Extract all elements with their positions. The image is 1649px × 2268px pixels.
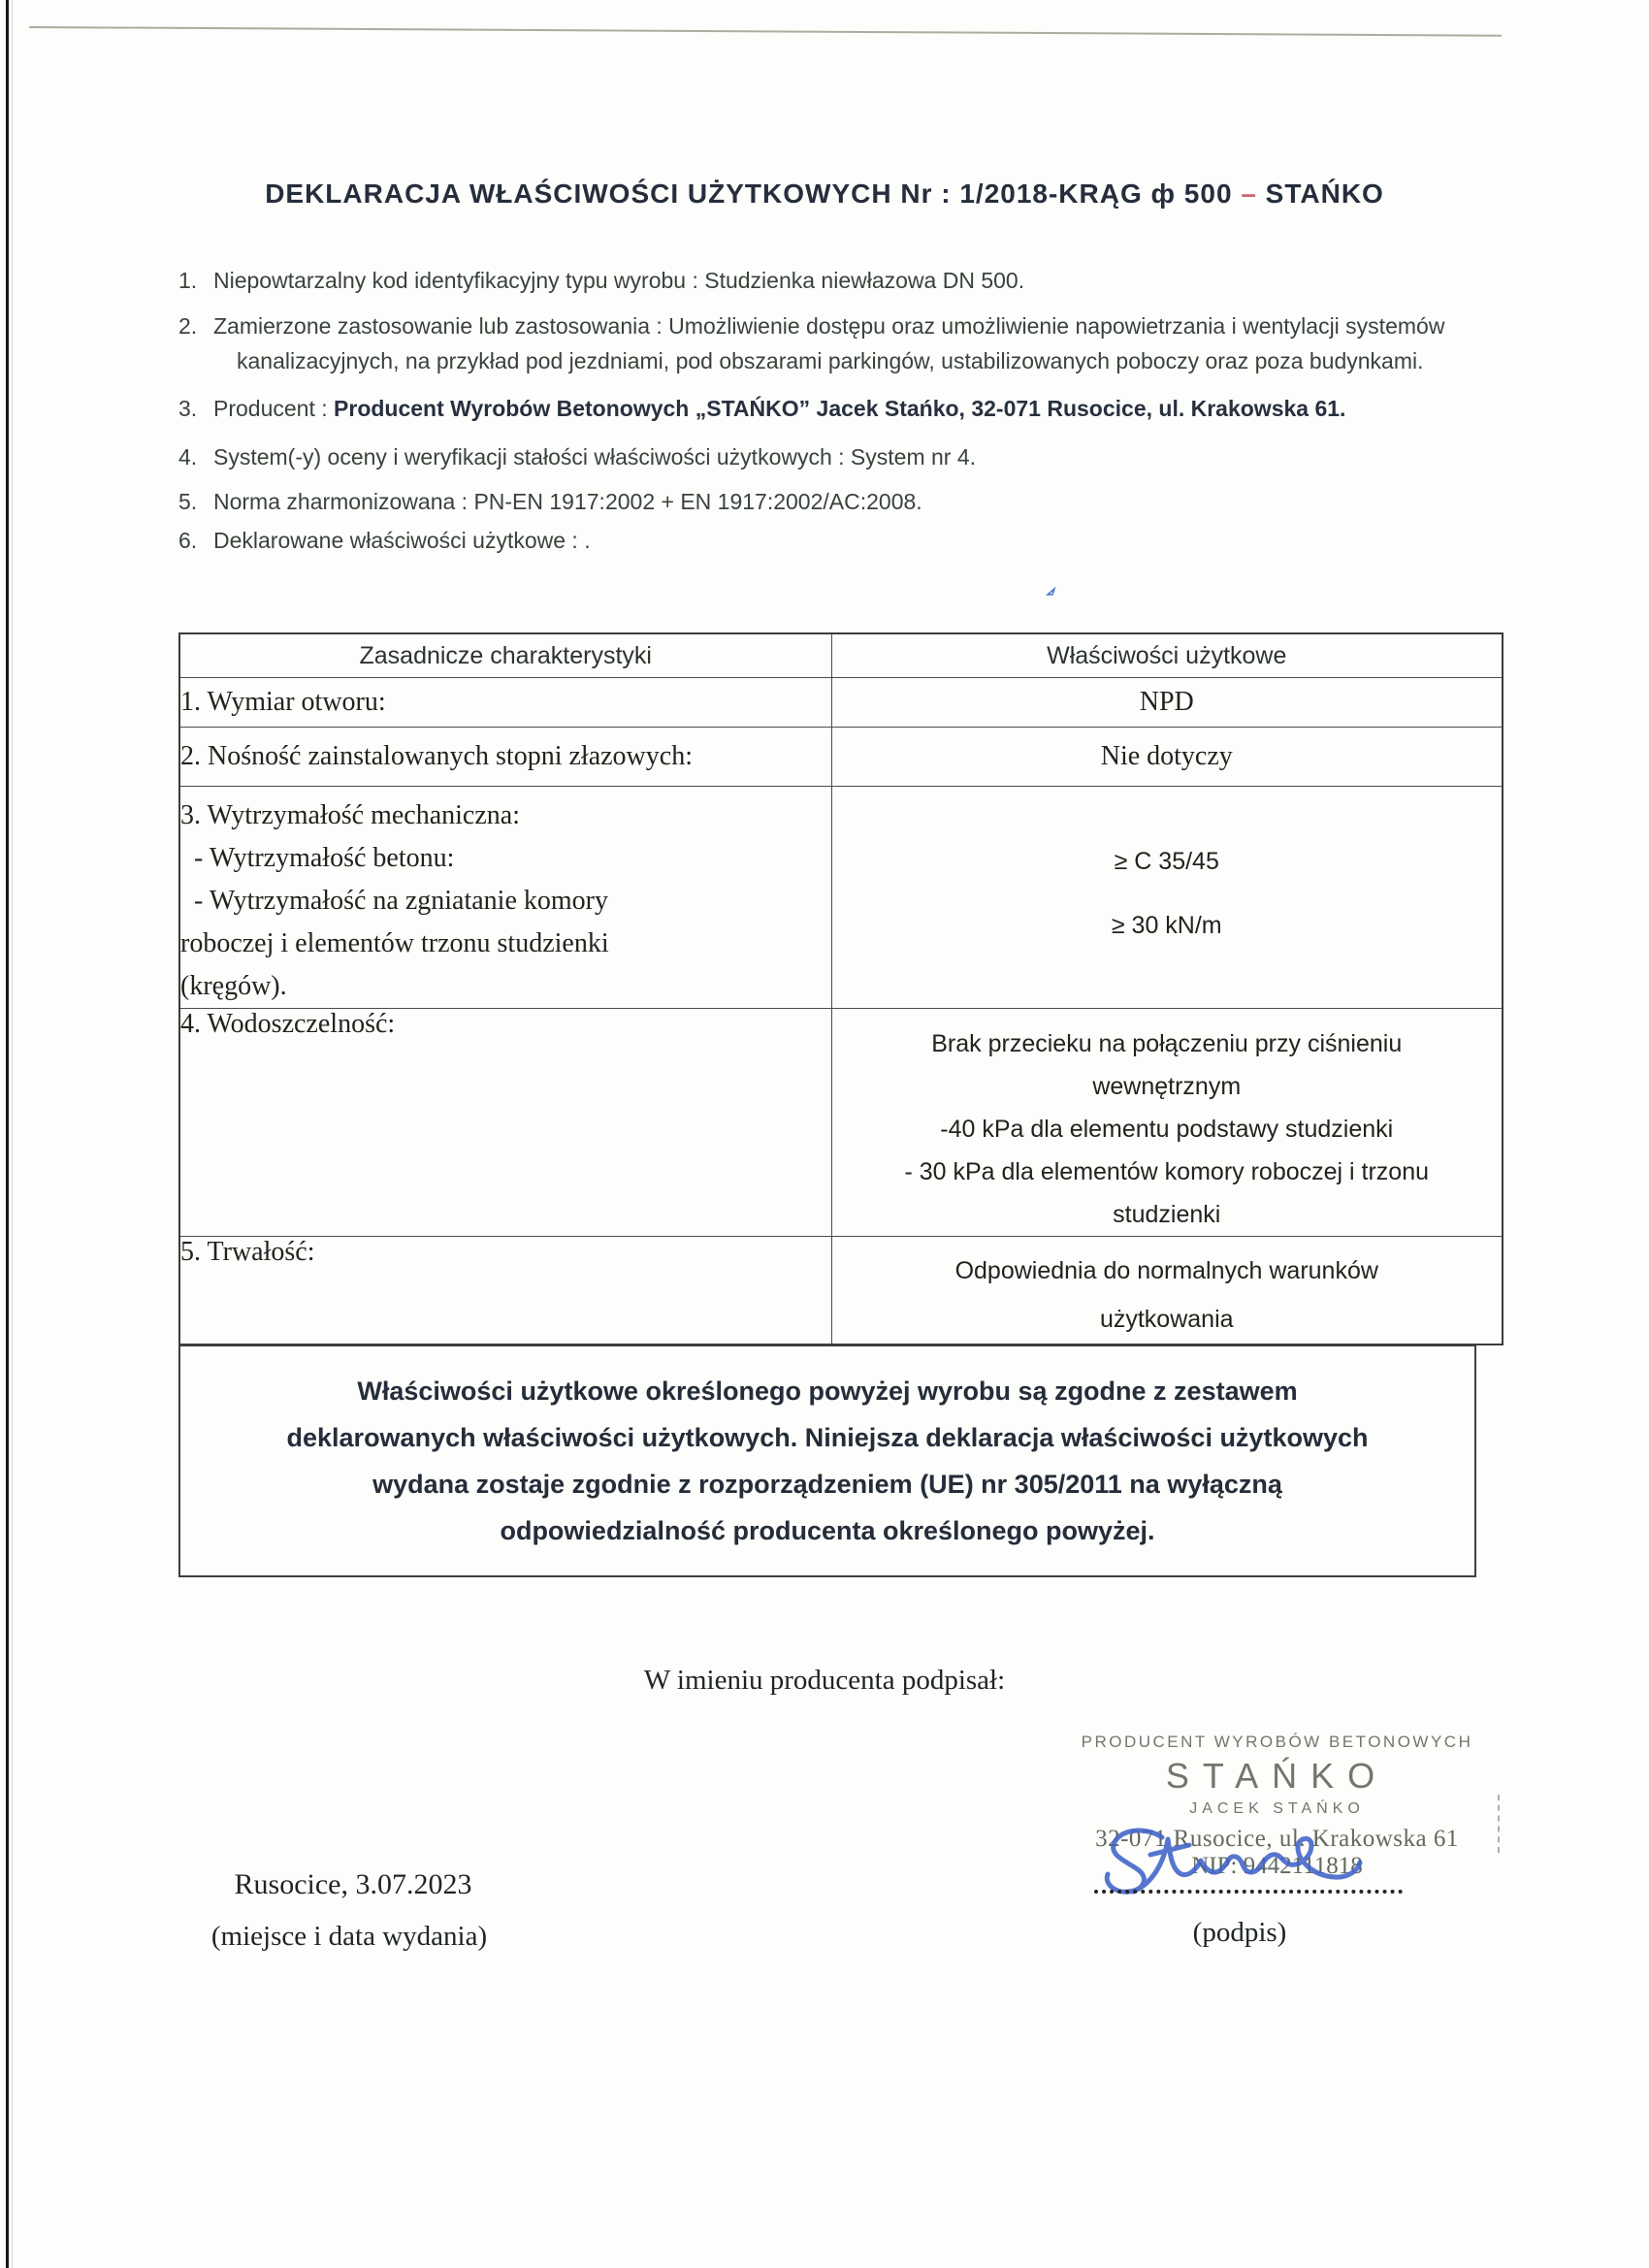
table-row: 2. Nośność zainstalowanych stopni złazow… — [179, 728, 1503, 787]
row-value-line: studzienki — [832, 1193, 1503, 1236]
header-characteristics: Zasadnicze charakterystyki — [179, 633, 831, 678]
handwritten-signature — [1094, 1824, 1405, 1911]
title-dash: – — [1241, 178, 1257, 209]
declaration-box: Właściwości użytkowe określonego powyżej… — [178, 1345, 1476, 1577]
scan-edge-line — [6, 0, 9, 2268]
header-performance: Właściwości użytkowe — [831, 633, 1503, 678]
title-company: STAŃKO — [1257, 178, 1384, 209]
item-text: System(-y) oceny i weryfikacji stałości … — [213, 440, 1474, 473]
row-label-line: - Wytrzymałość na zgniatanie komory — [180, 880, 831, 923]
row-label: 2. Nośność zainstalowanych stopni złazow… — [179, 728, 831, 787]
producer-name: Producent Wyrobów Betonowych „STAŃKO” Ja… — [334, 396, 1345, 421]
list-item: 3. Producent : Producent Wyrobów Betonow… — [178, 392, 1474, 425]
stamp-line-company: STAŃKO — [1032, 1756, 1522, 1797]
producer-label: Producent : — [213, 396, 334, 421]
row-value-line: użytkowania — [832, 1295, 1503, 1344]
item-number: 2. — [178, 308, 213, 378]
title-text: DEKLARACJA WŁAŚCIWOŚCI UŻYTKOWYCH Nr : 1… — [265, 178, 1241, 209]
row-label-line: 3. Wytrzymałość mechaniczna: — [180, 794, 831, 837]
item-text: Zamierzone zastosowanie lub zastosowania… — [213, 308, 1474, 378]
pen-mark-artifact — [1046, 586, 1057, 598]
table-header-row: Zasadnicze charakterystyki Właściwości u… — [179, 633, 1503, 678]
row-label-line: - Wytrzymałość betonu: — [180, 837, 831, 880]
list-item: 1. Niepowtarzalny kod identyfikacyjny ty… — [178, 264, 1474, 297]
item-number: 1. — [178, 264, 213, 297]
row-value-line: wewnętrznym — [832, 1065, 1503, 1108]
item-text: Norma zharmonizowana : PN-EN 1917:2002 +… — [213, 485, 1474, 518]
scan-edge-line-thin — [12, 0, 13, 2268]
table-row: 4. Wodoszczelność: Brak przecieku na poł… — [179, 1009, 1503, 1237]
place-date-caption: (miejsce i data wydania) — [145, 1921, 553, 1953]
item-number: 3. — [178, 392, 213, 425]
row-value-line: Brak przecieku na połączeniu przy ciśnie… — [832, 1022, 1503, 1065]
signed-on-behalf-label: W imieniu producenta podpisał: — [0, 1665, 1649, 1697]
list-item: 4. System(-y) oceny i weryfikacji stałoś… — [178, 440, 1474, 473]
item-text: Producent : Producent Wyrobów Betonowych… — [213, 392, 1474, 425]
properties-table: Zasadnicze charakterystyki Właściwości u… — [178, 632, 1503, 1345]
signature-caption: (podpis) — [1084, 1917, 1395, 1949]
row-value-line: ≥ 30 kN/m — [832, 893, 1503, 957]
row-value: Brak przecieku na połączeniu przy ciśnie… — [831, 1009, 1503, 1237]
list-item: 5. Norma zharmonizowana : PN-EN 1917:200… — [178, 485, 1474, 518]
item-text: Niepowtarzalny kod identyfikacyjny typu … — [213, 264, 1474, 297]
table-row: 5. Trwałość: Odpowiednia do normalnych w… — [179, 1237, 1503, 1345]
numbered-clauses: 1. Niepowtarzalny kod identyfikacyjny ty… — [178, 264, 1474, 568]
row-label: 1. Wymiar otworu: — [179, 678, 831, 728]
item-text: Deklarowane właściwości użytkowe : . — [213, 524, 1474, 557]
list-item: 2. Zamierzone zastosowanie lub zastosowa… — [178, 308, 1474, 378]
document-title: DEKLARACJA WŁAŚCIWOŚCI UŻYTKOWYCH Nr : 1… — [0, 178, 1649, 210]
row-value: Nie dotyczy — [831, 728, 1503, 787]
stamp-line-owner: JACEK STAŃKO — [1032, 1800, 1522, 1818]
row-value-line: ≥ C 35/45 — [832, 829, 1503, 893]
row-value: NPD — [831, 678, 1503, 728]
row-label-line: roboczej i elementów trzonu studzienki — [180, 923, 831, 965]
row-value-line: Odpowiednia do normalnych warunków — [832, 1247, 1503, 1295]
scan-fold-line — [29, 26, 1502, 37]
item-number: 4. — [178, 440, 213, 473]
scanned-document-page: DEKLARACJA WŁAŚCIWOŚCI UŻYTKOWYCH Nr : 1… — [0, 0, 1649, 2268]
table-row: 1. Wymiar otworu: NPD — [179, 678, 1503, 728]
row-value-line: -40 kPa dla elementu podstawy studzienki — [832, 1108, 1503, 1150]
row-label: 5. Trwałość: — [179, 1237, 831, 1345]
row-value-line: - 30 kPa dla elementów komory roboczej i… — [832, 1150, 1503, 1193]
table-row: 3. Wytrzymałość mechaniczna: - Wytrzymał… — [179, 787, 1503, 1009]
row-value: Odpowiednia do normalnych warunków użytk… — [831, 1237, 1503, 1345]
item-number: 6. — [178, 524, 213, 557]
row-value: ≥ C 35/45 ≥ 30 kN/m — [831, 787, 1503, 1009]
signature-dotted-line — [1094, 1890, 1403, 1894]
stamp-line-producer: PRODUCENT WYROBÓW BETONOWYCH — [1032, 1733, 1522, 1752]
row-label-line: (kręgów). — [180, 965, 831, 1008]
row-label: 3. Wytrzymałość mechaniczna: - Wytrzymał… — [179, 787, 831, 1009]
place-and-date: Rusocice, 3.07.2023 — [180, 1868, 526, 1901]
list-item: 6. Deklarowane właściwości użytkowe : . — [178, 524, 1474, 557]
item-number: 5. — [178, 485, 213, 518]
row-label: 4. Wodoszczelność: — [179, 1009, 831, 1237]
